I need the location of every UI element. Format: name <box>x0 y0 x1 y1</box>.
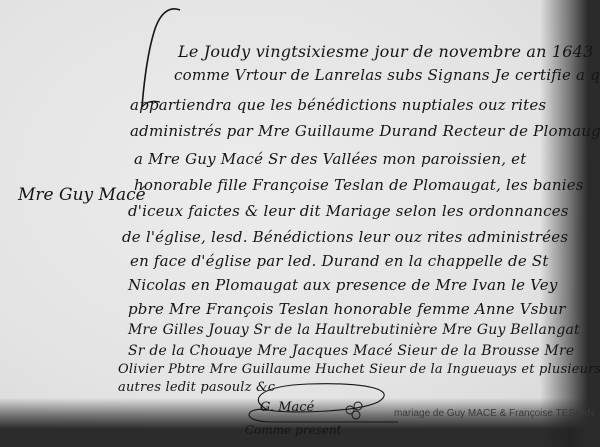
signature-witness-note: Comme present <box>245 423 341 437</box>
record-line-10: Nicolas en Plomaugat aux presence de Mre… <box>128 276 558 294</box>
record-line-8: de l'église, lesd. Bénédictions leur ouz… <box>122 228 568 246</box>
record-line-3: appartiendra que les bénédictions nuptia… <box>130 96 546 114</box>
image-caption: mariage de Guy MACE & Françoise TESLAN <box>394 408 594 419</box>
record-line-13: Sr de la Chouaye Mre Jacques Macé Sieur … <box>128 343 574 359</box>
margin-note-groom: Mre Guy Macé <box>18 185 146 205</box>
record-line-5: a Mre Guy Macé Sr des Vallées mon parois… <box>134 150 527 168</box>
record-line-6: honorable fille Françoise Teslan de Plom… <box>134 176 584 194</box>
record-line-14: Olivier Pbtre Mre Guillaume Huchet Sieur… <box>118 362 600 377</box>
record-line-4: administrés par Mre Guillaume Durand Rec… <box>130 122 600 140</box>
record-line-7: d'iceux faictes & leur dit Mariage selon… <box>128 202 569 220</box>
signature-mace: G. Macé <box>260 400 314 415</box>
record-line-12: Mre Gilles Jouay Sr de la Haultrebutiniè… <box>128 322 580 338</box>
record-line-11: pbre Mre François Teslan honorable femme… <box>128 300 566 318</box>
record-line-2: comme Vrtour de Lanrelas subs Signans Je… <box>174 66 600 84</box>
record-line-9: en face d'église par led. Durand en la c… <box>130 252 549 270</box>
scanned-document: Le Joudy vingtsixiesme jour de novembre … <box>0 0 600 447</box>
record-line-1: Le Joudy vingtsixiesme jour de novembre … <box>178 42 593 61</box>
